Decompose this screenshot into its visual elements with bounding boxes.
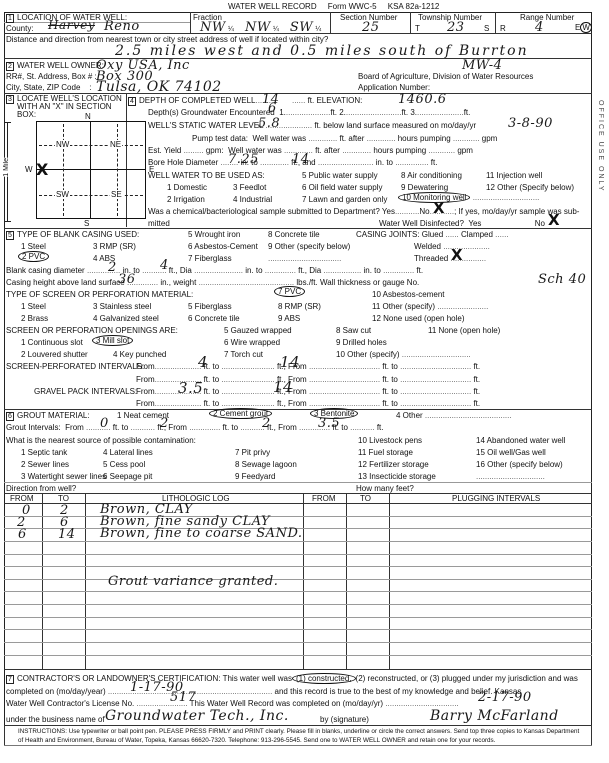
use-option-5[interactable]: 5 Public water supply	[302, 171, 378, 180]
screen-option-8[interactable]: 8 RMP (SR)	[278, 302, 321, 311]
fraction-1[interactable]: NW	[200, 20, 226, 35]
signature[interactable]: Barry McFarland	[430, 708, 559, 724]
diameter-label: Blank casing diameter	[6, 266, 85, 275]
contam-option-16[interactable]: 16 Other (specify below)	[476, 460, 563, 469]
joint-glued[interactable]: Glued	[422, 230, 443, 239]
log-from[interactable]: 6	[18, 527, 27, 542]
disinfect-row: Water Well Disinfected? Yes No	[379, 219, 545, 228]
log-header-to: TO	[58, 494, 69, 503]
quarter-symbol: ¼	[228, 26, 234, 33]
static-label: WELL'S STATIC WATER LEVEL	[148, 121, 263, 130]
groundwater-1-value[interactable]: 6	[268, 101, 277, 116]
contam-option-3[interactable]: 3 Watertight sewer lines	[21, 472, 106, 481]
casing-option-8[interactable]: 8 Concrete tile	[268, 230, 320, 239]
completed-label: completed on (mo/day/year)	[6, 687, 106, 696]
license-label: Water Well Contractor's License No.	[6, 699, 134, 708]
opening-option-6[interactable]: 6 Wire wrapped	[224, 338, 280, 347]
screen-option-7-selected[interactable]: 7 PVC	[274, 287, 305, 296]
contam-option-11[interactable]: 11 Fuel storage	[358, 448, 413, 457]
address-label: RR#, St. Address, Box # :	[6, 72, 97, 81]
gravel-interval-row-2: From..................... ft. to .......…	[136, 399, 480, 408]
township-value[interactable]: 23	[447, 20, 465, 35]
static-level-value[interactable]: 5.8	[258, 116, 280, 131]
contamination-label: What is the nearest source of possible c…	[6, 436, 196, 445]
instructions-line-2: of Health and Environment, Bureau of Wat…	[18, 736, 495, 745]
from-label: From	[136, 362, 155, 371]
openings-label: SCREEN OR PERFORATION OPENINGS ARE:	[6, 326, 178, 335]
range-west-circled: W	[580, 22, 592, 33]
cert-constructed[interactable]: (1) constructed,	[292, 673, 356, 684]
use-option-6[interactable]: 6 Oil field water supply	[302, 183, 382, 192]
contam-option-13[interactable]: 13 Insecticide storage	[358, 472, 436, 481]
sample-no-mark[interactable]: X	[433, 199, 445, 217]
screen-interval-row-1: From..................... ft. to .......…	[136, 362, 480, 371]
casing-option-6[interactable]: 6 Asbestos-Cement	[188, 242, 258, 251]
ft: ft.	[377, 423, 384, 432]
log-header-plug-from: FROM	[312, 494, 336, 503]
fraction-2[interactable]: NW	[245, 20, 271, 35]
range-value[interactable]: 4	[535, 20, 544, 35]
range-prefix: R	[500, 24, 506, 33]
screen-option-5[interactable]: 5 Fiberglass	[188, 302, 232, 311]
quadrant-nw: NW	[55, 140, 70, 149]
county-struck-value[interactable]: Harvey	[48, 18, 95, 32]
depth-label: DEPTH OF COMPLETED WELL	[139, 96, 255, 105]
threaded-mark[interactable]: X	[451, 246, 463, 264]
certification-row: 7CONTRACTOR'S OR LANDOWNER'S CERTIFICATI…	[6, 674, 578, 684]
elevation-label: ft. ELEVATION:	[308, 96, 363, 105]
bore-label: Bore Hole Diameter	[148, 158, 218, 167]
screen-option-7: 7 PVC	[274, 286, 305, 297]
grout-label: 6GROUT MATERIAL:	[6, 411, 90, 421]
section-number: 4	[128, 97, 136, 106]
screen-option-11[interactable]: 11 Other (specify)	[372, 302, 435, 311]
use-option-4[interactable]: 4 Industrial	[233, 195, 272, 204]
record-label: This Water Well Record was completed on …	[190, 699, 383, 708]
grout-label-text: GROUT MATERIAL:	[17, 411, 90, 420]
grout-option-4-row: 4 Other ................................…	[396, 411, 512, 420]
log-header-plugging: PLUGGING INTERVALS	[452, 494, 540, 503]
instructions-line-1: INSTRUCTIONS: Use typewriter or ball poi…	[18, 727, 579, 736]
ft-to: ft. to	[382, 375, 398, 384]
sample-row: Was a chemical/bacteriological sample su…	[148, 207, 579, 216]
joint-threaded[interactable]: Threaded	[414, 254, 448, 263]
static-row: WELL'S STATIC WATER LEVEL ..............…	[148, 121, 476, 130]
mile-scale-label: 1 Mile	[3, 158, 10, 177]
board-label: Board of Agriculture, Division of Water …	[358, 72, 533, 81]
opening-option-1[interactable]: 1 Continuous slot	[21, 338, 83, 347]
groundwater-row: Depth(s) Groundwater Encountered 1......…	[148, 108, 470, 117]
casing-height-value[interactable]: 36	[118, 272, 136, 287]
opening-option-3: 3 Mill slot	[92, 335, 133, 346]
screen-option-6[interactable]: 6 Concrete tile	[188, 314, 240, 323]
screen-intervals-label: SCREEN-PERFORATED INTERVALS:	[6, 362, 144, 371]
gravel-from-value[interactable]: 3.5	[178, 379, 203, 397]
bore-in-to2: in. to	[376, 158, 393, 167]
gw1-label: 1.	[279, 108, 286, 117]
grout-option-4[interactable]: 4 Other	[396, 411, 423, 420]
city-label: City, State, ZIP Code :	[6, 83, 92, 92]
ft-to: ft. to	[204, 399, 220, 408]
casing-label: 5TYPE OF BLANK CASING USED:	[6, 230, 139, 240]
casing-option-7[interactable]: 7 Fiberglass	[188, 254, 232, 263]
locate-label: 3LOCATE WELL'S LOCATION WITH AN "X" IN S…	[6, 95, 127, 119]
sample-tail: ; If yes, mo/day/yr sample was sub-	[454, 207, 579, 216]
section-number: 7	[6, 675, 14, 684]
business-label: under the business name of	[6, 715, 105, 724]
screen-from-value[interactable]: 4	[198, 353, 208, 371]
height-lbs: lbs./ft. Wall thickness or gauge No.	[296, 278, 419, 287]
casing-option-1[interactable]: 1 Steel	[21, 242, 46, 251]
contam-option-12[interactable]: 12 Fertilizer storage	[358, 460, 429, 469]
ft-to: ft. to	[382, 399, 398, 408]
screen-option-9[interactable]: 9 ABS	[278, 314, 300, 323]
static-date-value[interactable]: 3-8-90	[508, 116, 553, 131]
disinfect-no: No	[535, 219, 545, 228]
use-option-1[interactable]: 1 Domestic	[167, 183, 207, 192]
from-label: From	[136, 375, 155, 384]
ft: ft.	[473, 362, 480, 371]
grout-intervals-label: Grout Intervals:	[6, 423, 61, 432]
fraction-values[interactable]: NW ¼ NW ¼ SW ¼	[200, 20, 321, 35]
township-prefix: T	[415, 24, 420, 33]
yield-gpm: gpm:	[206, 146, 224, 155]
section-number: 3	[6, 95, 14, 104]
gw2-label: ft. 2.	[330, 108, 346, 117]
joints-row: CASING JOINTS: Glued ...... Clamped ....…	[356, 230, 509, 239]
title-text: WATER WELL RECORD	[228, 2, 317, 11]
screen-option-4[interactable]: 4 Galvanized steel	[93, 314, 159, 323]
casing-option-5[interactable]: 5 Wrought iron	[188, 230, 240, 239]
gauge-value[interactable]: Sch 40	[538, 272, 586, 287]
owner-label: 2WATER WELL OWNER:	[6, 61, 104, 71]
diam-ft-dia: ft., Dia	[169, 266, 192, 275]
opening-option-10-row: 10 Other (specify) .....................…	[336, 350, 471, 359]
pump-label: Pump test data:	[192, 134, 248, 143]
sample-tail2: mitted	[148, 219, 170, 228]
form-number: Form WWC-5	[328, 2, 377, 11]
section-number: 6	[6, 412, 14, 421]
application-label: Application Number:	[358, 83, 430, 92]
disinfect-label: Water Well Disinfected?	[379, 219, 464, 228]
county-value[interactable]: Reno	[104, 19, 140, 34]
log-header-plug-to: TO	[360, 494, 371, 503]
ft-to: ft. to	[204, 387, 220, 396]
opening-option-7[interactable]: 7 Torch cut	[224, 350, 263, 359]
joints-label: CASING JOINTS:	[356, 230, 420, 239]
ft-from: ft., From	[267, 423, 297, 432]
distance-value[interactable]: 2.5 miles west and 0.5 miles south of Bu…	[115, 43, 529, 59]
business-name[interactable]: Groundwater Tech., Inc.	[105, 708, 289, 724]
yield-label: Est. Yield	[148, 146, 181, 155]
fraction-3[interactable]: SW	[290, 20, 313, 35]
screen-material-label: TYPE OF SCREEN OR PERFORATION MATERIAL:	[6, 290, 193, 299]
log-desc[interactable]: Brown, fine to coarse SAND.	[100, 526, 303, 541]
contam-option-6[interactable]: 6 Seepage pit	[103, 472, 152, 481]
gpm: gpm	[457, 146, 473, 155]
ft: ft.	[473, 375, 480, 384]
opening-option-11[interactable]: 11 None (open hole)	[428, 326, 500, 335]
disinfect-yes: Yes	[468, 219, 481, 228]
sample-label: Was a chemical/bacteriological sample su…	[148, 207, 395, 216]
screen-to-value[interactable]: 14	[280, 353, 300, 371]
gravel-intervals-label: GRAVEL PACK INTERVALS:	[34, 387, 137, 396]
contam-option-7[interactable]: 7 Pit privy	[235, 448, 270, 457]
use-option-3[interactable]: 3 Feedlot	[233, 183, 266, 192]
well-location-x-mark[interactable]: X	[36, 160, 48, 179]
statute: KSA 82a-1212	[388, 2, 440, 11]
locate-label-text: LOCATE WELL'S LOCATION WITH AN "X" IN SE…	[17, 95, 127, 119]
ft-to: ft. to	[223, 423, 239, 432]
diam-in-to3: in. to	[364, 266, 381, 275]
diam-ft-dia2: ft., Dia	[298, 266, 321, 275]
section-box[interactable]	[36, 121, 146, 219]
depth-row: 4DEPTH OF COMPLETED WELL.........	[128, 96, 275, 106]
grout-int2-to[interactable]: 3.5	[318, 416, 340, 431]
use-option-12[interactable]: 12 Other (Specify below)	[486, 183, 574, 192]
use-option-11[interactable]: 11 Injection well	[486, 171, 542, 180]
use-label: WELL WATER TO BE USED AS:	[148, 171, 265, 180]
record-date[interactable]: 2-17-90	[478, 690, 532, 705]
bore-ft: ft.	[431, 158, 438, 167]
owner-label-text: WATER WELL OWNER:	[17, 61, 104, 70]
contam-option-4[interactable]: 4 Lateral lines	[103, 448, 153, 457]
opening-option-2[interactable]: 2 Louvered shutter	[21, 350, 88, 359]
diam-ft: ft.	[416, 266, 423, 275]
range-label: Range Number	[520, 13, 574, 22]
city-label-text: City, State, ZIP Code	[6, 83, 80, 92]
ft: ft.	[473, 399, 480, 408]
opening-option-8[interactable]: 8 Saw cut	[336, 326, 371, 335]
joint-welded[interactable]: Welded	[414, 242, 441, 251]
contam-option-14[interactable]: 14 Abandoned water well	[476, 436, 565, 445]
screen-option-3[interactable]: 3 Stainless steel	[93, 302, 151, 311]
county-label: County:	[6, 24, 34, 33]
west-label: W	[25, 165, 33, 174]
screen-option-11-row: 11 Other (specify) .....................…	[372, 302, 488, 311]
casing-other-blank[interactable]: .................................	[268, 254, 341, 263]
contam-option-9[interactable]: 9 Feedyard	[235, 472, 275, 481]
section-number: 2	[6, 62, 14, 71]
grout-int1-from[interactable]: 0	[100, 416, 109, 431]
gpm: gpm	[482, 134, 498, 143]
screen-option-2[interactable]: 2 Brass	[21, 314, 48, 323]
use-option-8[interactable]: 8 Air conditioning	[401, 171, 462, 180]
from-label: From	[136, 387, 155, 396]
quadrant-sw: SW	[55, 190, 70, 199]
gw3-label: ft. 3.	[401, 108, 417, 117]
ft-to: ft. to	[204, 375, 220, 384]
depth-unit: ...... ft. ELEVATION:	[292, 96, 362, 105]
well-id[interactable]: MW-4	[462, 58, 502, 73]
casing-option-2: 2 PVC	[18, 251, 49, 262]
cert-rest: (2) reconstructed, or (3) plugged under …	[356, 674, 578, 683]
yield-row: Est. Yield ......... gpm: Well water was…	[148, 146, 473, 155]
screen-option-1[interactable]: 1 Steel	[21, 302, 46, 311]
ft-after: ft. after	[339, 134, 364, 143]
casing-label-text: TYPE OF BLANK CASING USED:	[17, 230, 139, 239]
north-label: N	[85, 112, 91, 121]
section-number: 5	[6, 231, 14, 240]
hours-pumping: hours pumping	[398, 134, 451, 143]
contam-option-10[interactable]: 10 Livestock pens	[358, 436, 422, 445]
grout-int1-to[interactable]: 2	[160, 416, 169, 431]
quadrant-ne: NE	[109, 140, 122, 149]
license-number[interactable]: 517	[170, 690, 196, 705]
casing-diameter-value[interactable]: 2	[108, 260, 117, 275]
gravel-to-value[interactable]: 14	[273, 378, 293, 396]
from-label: From	[136, 399, 155, 408]
casing-depth-value[interactable]: 4	[160, 258, 169, 273]
quarter-symbol: ¼	[315, 26, 321, 33]
use-option-7[interactable]: 7 Lawn and garden only	[302, 195, 387, 204]
contam-option-2[interactable]: 2 Sewer lines	[21, 460, 69, 469]
section-number: 1	[6, 14, 14, 23]
bore-diameter-value[interactable]: 7.25	[228, 152, 259, 167]
sample-no: No	[419, 207, 429, 216]
quarter-symbol: ¼	[273, 26, 279, 33]
quadrant-se: SE	[110, 190, 123, 199]
ft-to: ft. to	[382, 362, 398, 371]
pump-test-row: Pump test data: Well water was .........…	[192, 134, 497, 143]
screen-option-10[interactable]: 10 Asbestos-cement	[372, 290, 444, 299]
range-direction[interactable]: EW	[575, 23, 592, 32]
contam-option-15[interactable]: 15 Oil well/Gas well	[476, 448, 546, 457]
hours-pumping: hours pumping	[373, 146, 426, 155]
opening-option-5[interactable]: 5 Gauzed wrapped	[224, 326, 292, 335]
from-label: From	[65, 423, 84, 432]
height-label: Casing height above land surface	[6, 278, 125, 287]
use-option-2[interactable]: 2 Irrigation	[167, 195, 205, 204]
contam-option-8[interactable]: 8 Sewage lagoon	[235, 460, 297, 469]
log-to[interactable]: 14	[58, 527, 76, 542]
south-label: S	[84, 219, 89, 228]
opening-option-9[interactable]: 9 Drilled holes	[336, 338, 387, 347]
screen-option-12[interactable]: 12 None used (open hole)	[372, 314, 465, 323]
joint-clamped[interactable]: Clamped	[461, 230, 493, 239]
static-mid: ft. below land surface measured on mo/da…	[314, 121, 476, 130]
ft-to: ft. to	[382, 387, 398, 396]
direction-label[interactable]: Direction from well?	[6, 484, 76, 493]
bore-depth-value[interactable]: 14	[292, 152, 310, 167]
groundwater-label: Depth(s) Groundwater Encountered	[148, 108, 275, 117]
contam-other-blank[interactable]: ...............................	[476, 472, 545, 481]
use-option-10-selected[interactable]: 10 Monitoring well .....................…	[398, 193, 539, 202]
township-suffix: S	[484, 24, 489, 33]
completed-row: completed on (mo/day/year) .............…	[6, 687, 521, 696]
well-water-was: Well water was	[252, 134, 306, 143]
contam-option-1[interactable]: 1 Septic tank	[21, 448, 67, 457]
diam-in-to2: in. to	[245, 266, 262, 275]
casing-option-2-selected[interactable]: 2 PVC	[18, 252, 49, 261]
opening-option-3-selected[interactable]: 3 Mill slot	[92, 336, 133, 345]
ft-after: ft. after	[315, 146, 340, 155]
casing-option-3[interactable]: 3 RMP (SR)	[93, 242, 136, 251]
opening-option-4[interactable]: 4 Key punched	[113, 350, 166, 359]
section-number-value[interactable]: 25	[362, 20, 380, 35]
ft-from: ft., From	[277, 399, 307, 408]
license-row: Water Well Contractor's License No. ....…	[6, 699, 459, 708]
height-row: Casing height above land surface .......…	[6, 278, 419, 287]
log-header-from: FROM	[10, 494, 34, 503]
height-in-weight: in., weight	[160, 278, 196, 287]
signature-label: by (signature)	[320, 715, 369, 724]
contam-option-5[interactable]: 5 Cess pool	[103, 460, 145, 469]
elevation-value[interactable]: 1460.6	[398, 92, 447, 107]
use-option-9[interactable]: 9 Dewatering	[401, 183, 448, 192]
ft-to: ft. to	[113, 423, 129, 432]
log-note[interactable]: Grout variance granted.	[108, 574, 278, 589]
grout-int2-from[interactable]: 2	[262, 416, 271, 431]
office-use-only-label: OFFICE USE ONLY	[597, 100, 604, 193]
diameter-row: Blank casing diameter ............... in…	[6, 266, 423, 275]
disinfect-no-mark[interactable]: X	[548, 211, 560, 229]
ft: ft.	[473, 387, 480, 396]
casing-option-9[interactable]: 9 Other (specify below)	[268, 242, 350, 251]
form-title: WATER WELL RECORD Form WWC-5 KSA 82a-121…	[228, 2, 439, 11]
gw-end: ft.	[464, 108, 471, 117]
city-sep: :	[89, 83, 91, 92]
feet-label[interactable]: How many feet?	[356, 484, 414, 493]
opening-option-10[interactable]: 10 Other (specify)	[336, 350, 400, 359]
